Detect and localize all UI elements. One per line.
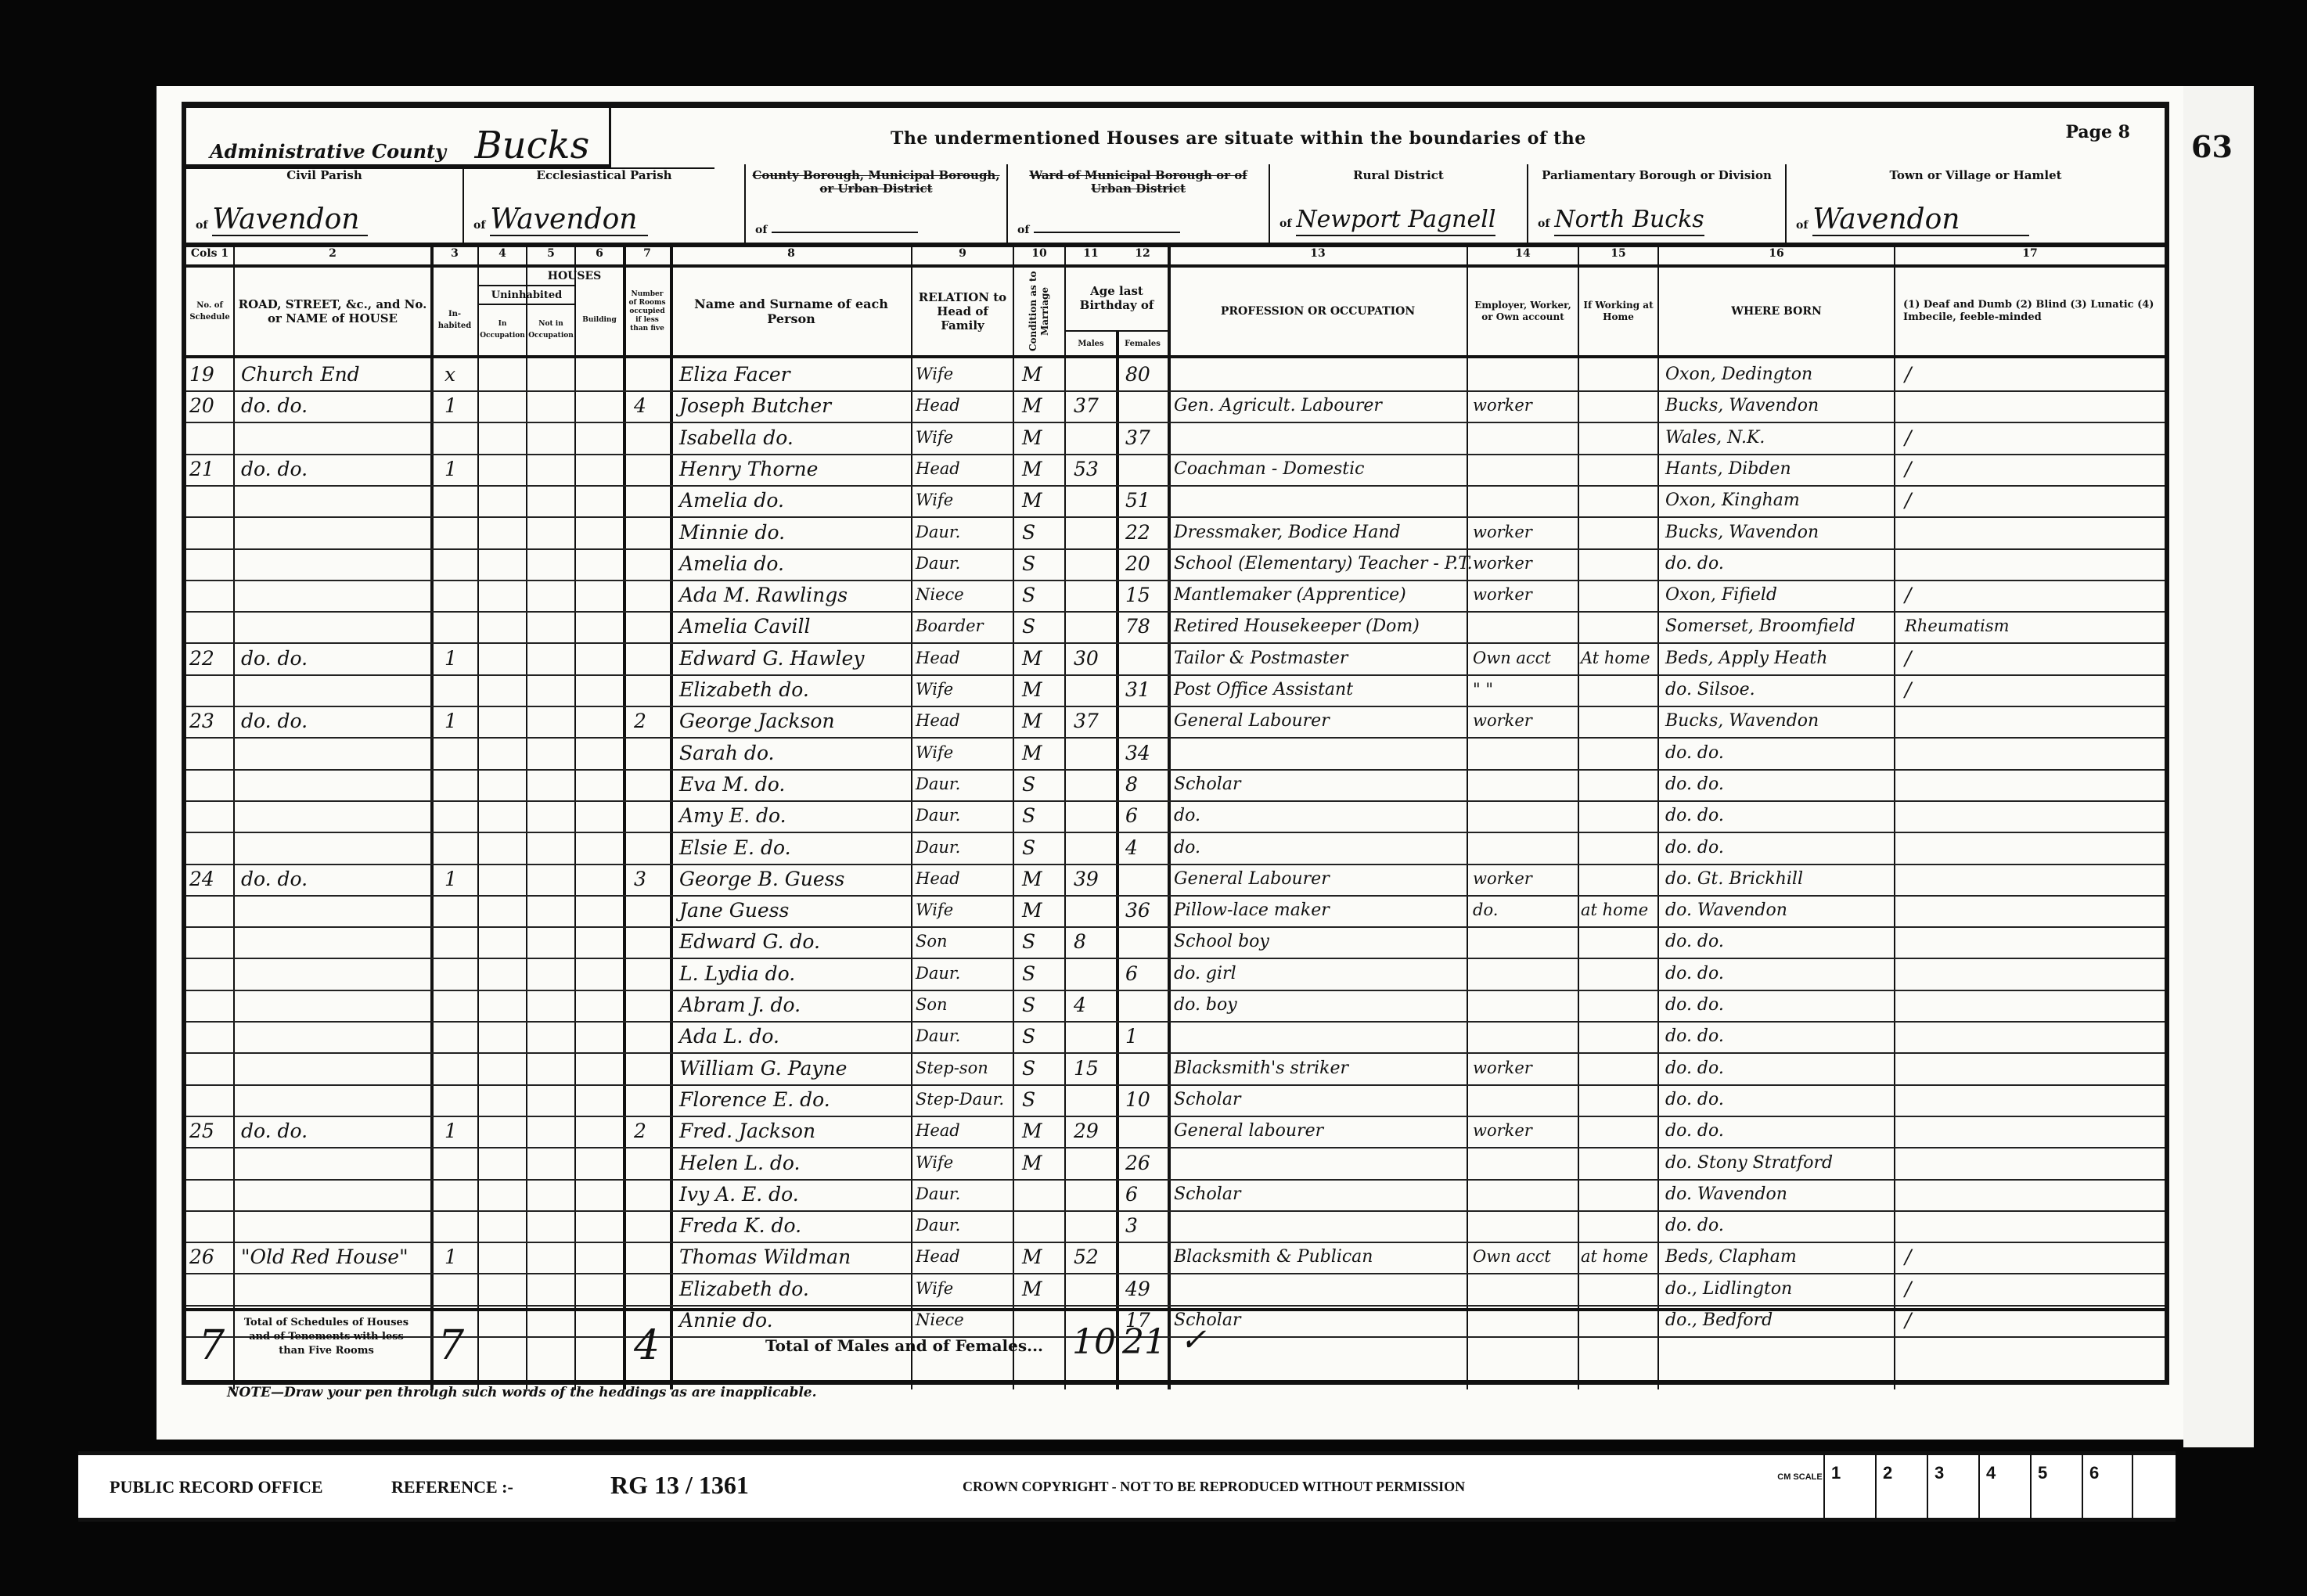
occupation-cell: do. xyxy=(1174,800,1468,832)
employment-status-cell: worker xyxy=(1473,390,1578,422)
male-age-cell xyxy=(1074,358,1114,390)
male-age-cell xyxy=(1074,768,1114,800)
relation-cell: Step-son xyxy=(916,1052,1013,1084)
male-age-cell: 4 xyxy=(1074,989,1114,1021)
male-age-cell xyxy=(1074,610,1114,642)
total-females: 21 xyxy=(1122,1322,1166,1362)
marital-condition-cell: S xyxy=(1022,989,1061,1021)
marital-condition-cell: S xyxy=(1022,1052,1061,1084)
table-row: Isabella do.WifeM37Wales, N.K./ xyxy=(186,422,2165,455)
schedule-number-cell xyxy=(189,958,233,990)
male-age-cell: 29 xyxy=(1074,1115,1114,1147)
employment-status-cell xyxy=(1473,832,1578,864)
undermentioned-text: The undermentioned Houses are situate wi… xyxy=(891,128,1586,149)
table-row: 23do. do.12George JacksonHeadM37General … xyxy=(186,705,2165,739)
infirmity-cell xyxy=(1905,863,2163,895)
occupation-cell: Scholar xyxy=(1174,768,1468,800)
relation-cell: Son xyxy=(916,926,1013,958)
person-name-cell: Ada L. do. xyxy=(679,1020,911,1052)
relation-cell: Head xyxy=(916,453,1013,485)
person-name-cell: Isabella do. xyxy=(679,422,911,454)
road-name-cell xyxy=(241,1210,429,1242)
rooms-count-cell xyxy=(634,642,668,674)
person-name-cell: Eliza Facer xyxy=(679,358,911,390)
female-age-cell: 37 xyxy=(1125,422,1166,454)
male-age-cell: 37 xyxy=(1074,705,1114,737)
inhabited-count-cell xyxy=(444,768,476,800)
table-row: Ivy A. E. do.Daur.6Scholardo. Wavendon xyxy=(186,1178,2165,1212)
relation-cell: Daur. xyxy=(916,1210,1013,1242)
working-at-home-cell xyxy=(1581,1084,1657,1116)
totals-label: Total of Schedules of Houses and of Tene… xyxy=(236,1316,416,1358)
schedule-number-cell xyxy=(189,832,233,864)
schedule-number-cell xyxy=(189,1020,233,1052)
employment-status-cell xyxy=(1473,453,1578,485)
person-name-cell: George B. Guess xyxy=(679,863,911,895)
male-age-cell xyxy=(1074,894,1114,926)
infirmity-cell: / xyxy=(1905,484,2163,516)
female-age-cell: 36 xyxy=(1125,894,1166,926)
infirmity-cell xyxy=(1905,1115,2163,1147)
schedule-number-cell: 21 xyxy=(189,453,233,485)
infirmity-cell xyxy=(1905,894,2163,926)
inhabited-count-cell xyxy=(444,1147,476,1179)
table-row: Elizabeth do.WifeM31Post Office Assistan… xyxy=(186,674,2165,707)
infirmity-cell xyxy=(1905,989,2163,1021)
person-name-cell: Minnie do. xyxy=(679,516,911,548)
birthplace-cell: do. Wavendon xyxy=(1665,1178,1894,1210)
occupation-cell xyxy=(1174,484,1468,516)
inhabited-count-cell xyxy=(444,1020,476,1052)
road-name-cell xyxy=(241,1020,429,1052)
female-age-cell xyxy=(1125,989,1166,1021)
female-age-cell: 34 xyxy=(1125,737,1166,769)
employment-status-cell xyxy=(1473,484,1578,516)
rooms-count-cell xyxy=(634,548,668,580)
employment-status-cell: worker xyxy=(1473,1052,1578,1084)
rooms-count-cell xyxy=(634,1084,668,1116)
male-age-cell: 8 xyxy=(1074,926,1114,958)
female-age-cell xyxy=(1125,1115,1166,1147)
inhabited-count-cell: 1 xyxy=(444,453,476,485)
male-age-cell xyxy=(1074,1084,1114,1116)
female-age-cell xyxy=(1125,926,1166,958)
relation-cell: Daur. xyxy=(916,1020,1013,1052)
rooms-count-cell xyxy=(634,453,668,485)
female-age-cell: 8 xyxy=(1125,768,1166,800)
female-age-cell: 49 xyxy=(1125,1273,1166,1305)
working-at-home-cell xyxy=(1581,1115,1657,1147)
schedule-number-cell xyxy=(189,989,233,1021)
area-village: Town or Village or Hamlet ofWavendon xyxy=(1787,164,2165,243)
person-name-cell: Freda K. do. xyxy=(679,1210,911,1242)
female-age-cell xyxy=(1125,1052,1166,1084)
person-name-cell: Ada M. Rawlings xyxy=(679,579,911,611)
working-at-home-cell xyxy=(1581,579,1657,611)
person-name-cell: Abram J. do. xyxy=(679,989,911,1021)
table-row: Elsie E. do.Daur.S4do.do. do. xyxy=(186,832,2165,865)
birthplace-cell: Bucks, Wavendon xyxy=(1665,516,1894,548)
road-name-cell: do. do. xyxy=(241,390,429,422)
employment-status-cell xyxy=(1473,768,1578,800)
relation-cell: Wife xyxy=(916,737,1013,769)
male-age-cell xyxy=(1074,1147,1114,1179)
male-age-cell xyxy=(1074,516,1114,548)
rooms-count-cell: 2 xyxy=(634,1115,668,1147)
total-schedules: 7 xyxy=(199,1322,225,1369)
rooms-count-cell xyxy=(634,674,668,706)
table-row: Ada L. do.Daur.S1do. do. xyxy=(186,1020,2165,1054)
birthplace-cell: Somerset, Broomfield xyxy=(1665,610,1894,642)
female-age-cell xyxy=(1125,642,1166,674)
table-row: 20do. do.14Joseph ButcherHeadM37Gen. Agr… xyxy=(186,390,2165,423)
employment-status-cell xyxy=(1473,1147,1578,1179)
working-at-home-cell xyxy=(1581,1273,1657,1305)
table-row: Florence E. do.Step-Daur.S10Scholardo. d… xyxy=(186,1084,2165,1117)
rooms-count-cell xyxy=(634,1241,668,1273)
employment-status-cell: worker xyxy=(1473,548,1578,580)
inhabited-count-cell xyxy=(444,1210,476,1242)
marital-condition-cell: M xyxy=(1022,863,1061,895)
birthplace-cell: do. do. xyxy=(1665,989,1894,1021)
road-name-cell xyxy=(241,674,429,706)
schedule-number-cell: 26 xyxy=(189,1241,233,1273)
schedule-number-cell xyxy=(189,1052,233,1084)
employment-status-cell: worker xyxy=(1473,516,1578,548)
marital-condition-cell: M xyxy=(1022,1241,1061,1273)
person-name-cell: Elizabeth do. xyxy=(679,674,911,706)
occupation-cell: Blacksmith's striker xyxy=(1174,1052,1468,1084)
relation-cell: Head xyxy=(916,390,1013,422)
person-name-cell: Elsie E. do. xyxy=(679,832,911,864)
infirmity-cell xyxy=(1905,1052,2163,1084)
female-age-cell: 20 xyxy=(1125,548,1166,580)
birthplace-cell: do. Stony Stratford xyxy=(1665,1147,1894,1179)
rooms-count-cell xyxy=(634,958,668,990)
page-label: Page 8 xyxy=(2065,122,2130,142)
road-name-cell xyxy=(241,1147,429,1179)
working-at-home-cell xyxy=(1581,516,1657,548)
relation-cell: Head xyxy=(916,863,1013,895)
female-age-cell: 6 xyxy=(1125,958,1166,990)
birthplace-cell: do. do. xyxy=(1665,800,1894,832)
inhabited-count-cell: x xyxy=(444,358,476,390)
road-name-cell: do. do. xyxy=(241,453,429,485)
marital-condition-cell: S xyxy=(1022,579,1061,611)
inhabited-count-cell: 1 xyxy=(444,863,476,895)
table-row: Helen L. do.WifeM26do. Stony Stratford xyxy=(186,1147,2165,1181)
birthplace-cell: do. do. xyxy=(1665,1052,1894,1084)
table-row: 25do. do.12Fred. JacksonHeadM29General l… xyxy=(186,1115,2165,1148)
schedule-number-cell xyxy=(189,768,233,800)
inhabited-count-cell xyxy=(444,894,476,926)
working-at-home-cell xyxy=(1581,453,1657,485)
schedule-number-cell xyxy=(189,422,233,454)
infirmity-cell: / xyxy=(1905,674,2163,706)
female-age-cell: 15 xyxy=(1125,579,1166,611)
relation-cell: Wife xyxy=(916,484,1013,516)
relation-cell: Daur. xyxy=(916,548,1013,580)
birthplace-cell: do. Gt. Brickhill xyxy=(1665,863,1894,895)
table-row: Minnie do.Daur.S22Dressmaker, Bodice Han… xyxy=(186,516,2165,550)
total-inhabited: 7 xyxy=(438,1322,464,1369)
table-row: 21do. do.1Henry ThorneHeadM53Coachman - … xyxy=(186,453,2165,487)
employment-status-cell xyxy=(1473,926,1578,958)
occupation-cell: School boy xyxy=(1174,926,1468,958)
working-at-home-cell xyxy=(1581,610,1657,642)
infirmity-cell: Rheumatism xyxy=(1905,610,2163,642)
infirmity-cell: / xyxy=(1905,358,2163,390)
area-civil-parish: Civil Parish ofWavendon xyxy=(186,164,464,243)
table-row: Jane GuessWifeM36Pillow-lace makerdo.at … xyxy=(186,894,2165,928)
occupation-cell xyxy=(1174,1020,1468,1052)
relation-cell: Boarder xyxy=(916,610,1013,642)
birthplace-cell: do. do. xyxy=(1665,832,1894,864)
relation-cell: Head xyxy=(916,642,1013,674)
occupation-cell: do. boy xyxy=(1174,989,1468,1021)
relation-cell: Wife xyxy=(916,358,1013,390)
female-age-cell: 1 xyxy=(1125,1020,1166,1052)
birthplace-cell: do. do. xyxy=(1665,737,1894,769)
employment-status-cell xyxy=(1473,610,1578,642)
occupation-cell: Gen. Agricult. Labourer xyxy=(1174,390,1468,422)
female-age-cell: 22 xyxy=(1125,516,1166,548)
person-name-cell: Amelia do. xyxy=(679,484,911,516)
occupation-cell xyxy=(1174,1210,1468,1242)
rooms-count-cell xyxy=(634,989,668,1021)
column-headers: No. of Schedule ROAD, STREET, &c., and N… xyxy=(186,268,2165,358)
infirmity-cell xyxy=(1905,390,2163,422)
male-age-cell xyxy=(1074,1020,1114,1052)
marital-condition-cell: M xyxy=(1022,484,1061,516)
road-name-cell xyxy=(241,548,429,580)
road-name-cell xyxy=(241,768,429,800)
inhabited-count-cell xyxy=(444,1273,476,1305)
female-age-cell: 4 xyxy=(1125,832,1166,864)
infirmity-cell: / xyxy=(1905,422,2163,454)
schedule-number-cell xyxy=(189,894,233,926)
infirmity-cell: / xyxy=(1905,453,2163,485)
person-name-cell: Eva M. do. xyxy=(679,768,911,800)
road-name-cell: do. do. xyxy=(241,642,429,674)
employment-status-cell xyxy=(1473,1178,1578,1210)
road-name-cell: do. do. xyxy=(241,1115,429,1147)
road-name-cell xyxy=(241,516,429,548)
relation-cell: Head xyxy=(916,1115,1013,1147)
infirmity-cell xyxy=(1905,1210,2163,1242)
female-age-cell: 6 xyxy=(1125,1178,1166,1210)
inhabited-count-cell: 1 xyxy=(444,1241,476,1273)
male-age-cell xyxy=(1074,800,1114,832)
working-at-home-cell xyxy=(1581,548,1657,580)
occupation-cell: Blacksmith & Publican xyxy=(1174,1241,1468,1273)
employment-status-cell xyxy=(1473,737,1578,769)
road-name-cell xyxy=(241,958,429,990)
table-row: Amy E. do.Daur.S6do.do. do. xyxy=(186,800,2165,833)
table-row: Amelia CavillBoarderS78Retired Housekeep… xyxy=(186,610,2165,644)
employment-status-cell xyxy=(1473,800,1578,832)
birthplace-cell: do. do. xyxy=(1665,1115,1894,1147)
total-males: 10 xyxy=(1072,1322,1116,1362)
male-age-cell xyxy=(1074,422,1114,454)
road-name-cell xyxy=(241,989,429,1021)
infirmity-cell xyxy=(1905,800,2163,832)
check-mark: ✓ xyxy=(1180,1322,1207,1358)
folio-number: 63 xyxy=(2191,129,2233,164)
person-name-cell: Ivy A. E. do. xyxy=(679,1178,911,1210)
rooms-count-cell xyxy=(634,1178,668,1210)
occupation-cell: Tailor & Postmaster xyxy=(1174,642,1468,674)
birthplace-cell: do. do. xyxy=(1665,958,1894,990)
working-at-home-cell xyxy=(1581,390,1657,422)
infirmity-cell xyxy=(1905,516,2163,548)
road-name-cell: Church End xyxy=(241,358,429,390)
female-age-cell xyxy=(1125,863,1166,895)
relation-cell: Head xyxy=(916,1241,1013,1273)
male-age-cell xyxy=(1074,737,1114,769)
admin-county: Administrative County Bucks xyxy=(210,124,714,167)
road-name-cell xyxy=(241,894,429,926)
relation-cell: Daur. xyxy=(916,958,1013,990)
page-margin xyxy=(2183,86,2254,1447)
inhabited-count-cell xyxy=(444,516,476,548)
marital-condition-cell: M xyxy=(1022,737,1061,769)
area-parliamentary-division: Parliamentary Borough or Division ofNort… xyxy=(1528,164,1787,243)
working-at-home-cell xyxy=(1581,800,1657,832)
schedule-number-cell xyxy=(189,737,233,769)
male-age-cell: 39 xyxy=(1074,863,1114,895)
schedule-number-cell xyxy=(189,800,233,832)
occupation-cell xyxy=(1174,737,1468,769)
occupation-cell: General labourer xyxy=(1174,1115,1468,1147)
female-age-cell xyxy=(1125,390,1166,422)
male-age-cell: 15 xyxy=(1074,1052,1114,1084)
marital-condition-cell: S xyxy=(1022,516,1061,548)
marital-condition-cell: S xyxy=(1022,800,1061,832)
road-name-cell xyxy=(241,422,429,454)
occupation-cell xyxy=(1174,1273,1468,1305)
rooms-count-cell xyxy=(634,926,668,958)
person-name-cell: Amelia Cavill xyxy=(679,610,911,642)
person-name-cell: Henry Thorne xyxy=(679,453,911,485)
schedule-number-cell xyxy=(189,1210,233,1242)
person-name-cell: Helen L. do. xyxy=(679,1147,911,1179)
marital-condition-cell: S xyxy=(1022,926,1061,958)
male-age-cell: 53 xyxy=(1074,453,1114,485)
male-age-cell: 52 xyxy=(1074,1241,1114,1273)
employment-status-cell xyxy=(1473,958,1578,990)
road-name-cell xyxy=(241,610,429,642)
inhabited-count-cell xyxy=(444,1052,476,1084)
birthplace-cell: Beds, Apply Heath xyxy=(1665,642,1894,674)
schedule-number-cell: 20 xyxy=(189,390,233,422)
employment-status-cell: do. xyxy=(1473,894,1578,926)
marital-condition-cell: S xyxy=(1022,610,1061,642)
working-at-home-cell xyxy=(1581,1210,1657,1242)
person-name-cell: Thomas Wildman xyxy=(679,1241,911,1273)
infirmity-cell: / xyxy=(1905,642,2163,674)
relation-cell: Daur. xyxy=(916,516,1013,548)
female-age-cell xyxy=(1125,453,1166,485)
relation-cell: Wife xyxy=(916,894,1013,926)
marital-condition-cell: M xyxy=(1022,1147,1061,1179)
person-name-cell: L. Lydia do. xyxy=(679,958,911,990)
marital-condition-cell: S xyxy=(1022,548,1061,580)
female-age-cell: 80 xyxy=(1125,358,1166,390)
employment-status-cell xyxy=(1473,1020,1578,1052)
road-name-cell xyxy=(241,1084,429,1116)
marital-condition-cell: M xyxy=(1022,642,1061,674)
working-at-home-cell xyxy=(1581,737,1657,769)
area-rural-district: Rural District ofNewport Pagnell xyxy=(1270,164,1528,243)
cm-scale: CM SCALE 1 2 3 4 5 6 xyxy=(1776,1455,2133,1518)
column-numbers: Cols 1 2 3 4 5 6 7 8 9 10 11 12 13 14 15… xyxy=(186,247,2165,268)
employment-status-cell xyxy=(1473,358,1578,390)
infirmity-cell xyxy=(1905,832,2163,864)
marital-condition-cell: M xyxy=(1022,1273,1061,1305)
inhabited-count-cell xyxy=(444,610,476,642)
working-at-home-cell: At home xyxy=(1581,642,1657,674)
male-age-cell xyxy=(1074,674,1114,706)
road-name-cell xyxy=(241,1273,429,1305)
table-row: Eva M. do.Daur.S8Scholardo. do. xyxy=(186,768,2165,802)
marital-condition-cell xyxy=(1022,1178,1061,1210)
occupation-cell: do. girl xyxy=(1174,958,1468,990)
marital-condition-cell: S xyxy=(1022,832,1061,864)
occupation-cell xyxy=(1174,358,1468,390)
birthplace-cell: Oxon, Dedington xyxy=(1665,358,1894,390)
working-at-home-cell: at home xyxy=(1581,894,1657,926)
occupation-cell: School (Elementary) Teacher - P.T. xyxy=(1174,548,1468,580)
inhabited-count-cell xyxy=(444,989,476,1021)
inhabited-count-cell xyxy=(444,926,476,958)
employment-status-cell: Own acct xyxy=(1473,1241,1578,1273)
birthplace-cell: Hants, Dibden xyxy=(1665,453,1894,485)
table-row: 22do. do.1Edward G. HawleyHeadM30Tailor … xyxy=(186,642,2165,676)
copyright-notice: CROWN COPYRIGHT - NOT TO BE REPRODUCED W… xyxy=(963,1479,1465,1495)
occupation-cell: General Labourer xyxy=(1174,863,1468,895)
marital-condition-cell: S xyxy=(1022,1020,1061,1052)
birthplace-cell: do., Lidlington xyxy=(1665,1273,1894,1305)
birthplace-cell: do. do. xyxy=(1665,548,1894,580)
schedule-number-cell xyxy=(189,1084,233,1116)
marital-condition-cell: S xyxy=(1022,1084,1061,1116)
table-row: William G. PayneStep-sonS15Blacksmith's … xyxy=(186,1052,2165,1086)
marital-condition-cell: M xyxy=(1022,390,1061,422)
infirmity-cell xyxy=(1905,548,2163,580)
inhabited-count-cell xyxy=(444,1178,476,1210)
schedule-number-cell: 24 xyxy=(189,863,233,895)
table-row: Amelia do.WifeM51Oxon, Kingham/ xyxy=(186,484,2165,518)
marital-condition-cell: M xyxy=(1022,1115,1061,1147)
working-at-home-cell xyxy=(1581,1052,1657,1084)
occupation-cell: Dressmaker, Bodice Hand xyxy=(1174,516,1468,548)
person-name-cell: Fred. Jackson xyxy=(679,1115,911,1147)
inhabited-count-cell xyxy=(444,484,476,516)
inhabited-count-cell xyxy=(444,422,476,454)
person-name-cell: William G. Payne xyxy=(679,1052,911,1084)
table-row: Abram J. do.SonS4do. boydo. do. xyxy=(186,989,2165,1023)
occupation-cell: General Labourer xyxy=(1174,705,1468,737)
schedule-number-cell xyxy=(189,674,233,706)
rooms-count-cell xyxy=(634,1210,668,1242)
employment-status-cell xyxy=(1473,1273,1578,1305)
birthplace-cell: Oxon, Kingham xyxy=(1665,484,1894,516)
male-age-cell: 37 xyxy=(1074,390,1114,422)
infirmity-cell: / xyxy=(1905,579,2163,611)
employment-status-cell: worker xyxy=(1473,863,1578,895)
rooms-count-cell xyxy=(634,610,668,642)
